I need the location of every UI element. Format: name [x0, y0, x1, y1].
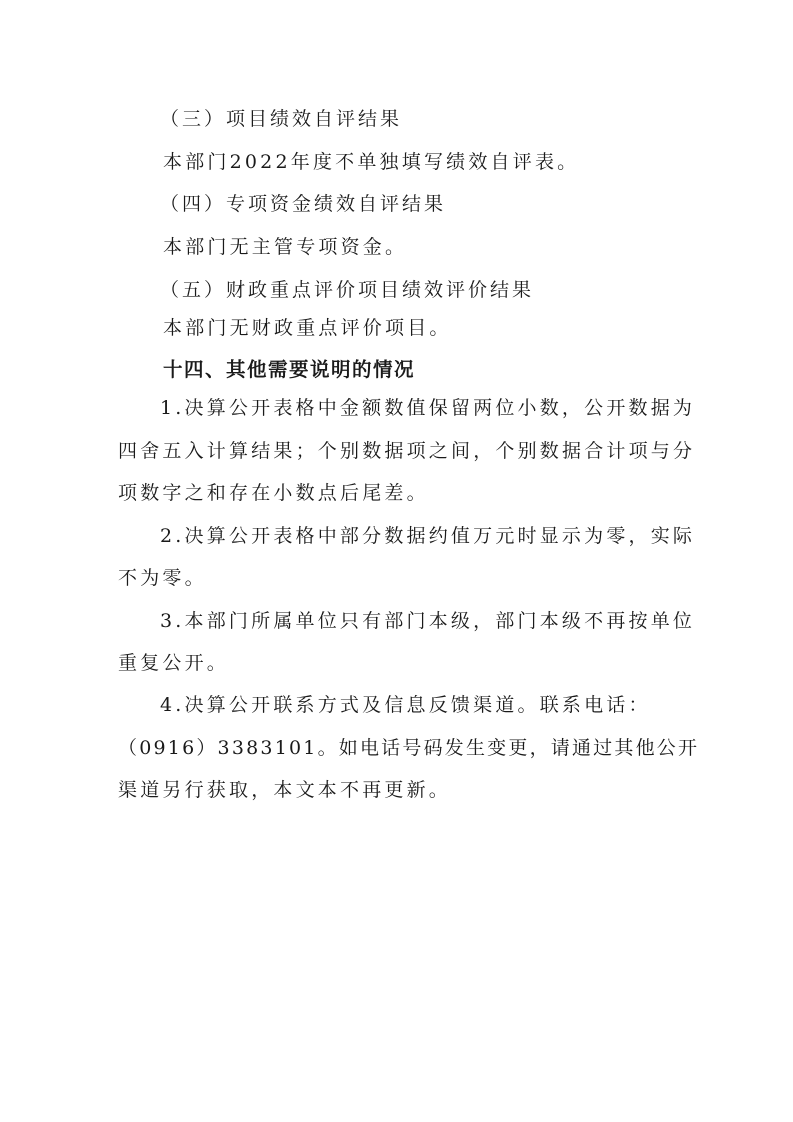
item-1-line-1: 1.决算公开表格中金额数值保留两位小数，公开数据为	[160, 393, 672, 420]
section-5-title: （五）财政重点评价项目绩效评价结果	[160, 275, 534, 302]
section-5-body: 本部门无财政重点评价项目。	[163, 313, 452, 340]
section-3-body: 本部门2022年度不单独填写绩效自评表。	[163, 147, 579, 174]
item-4-line-3: 渠道另行获取，本文本不再更新。	[118, 775, 451, 802]
section-4-title: （四）专项资金绩效自评结果	[160, 189, 446, 216]
item-2-line-2: 不为零。	[118, 563, 207, 590]
item-4-line-2: （0916）3383101。如电话号码发生变更，请通过其他公开	[118, 733, 699, 760]
item-1-line-2: 四舍五入计算结果；个别数据项之间，个别数据合计项与分	[118, 436, 674, 463]
item-1-line-3: 项数字之和存在小数点后尾差。	[118, 478, 429, 505]
chapter-title: 十四、其他需要说明的情况	[163, 354, 415, 382]
item-4-line-1: 4.决算公开联系方式及信息反馈渠道。联系电话：	[160, 690, 651, 717]
item-2-line-1: 2.决算公开表格中部分数据约值万元时显示为零，实际	[160, 521, 695, 548]
section-3-title: （三）项目绩效自评结果	[160, 104, 402, 131]
section-4-body: 本部门无主管专项资金。	[163, 232, 407, 259]
item-3-line-2: 重复公开。	[118, 648, 229, 675]
item-3-line-1: 3.本部门所属单位只有部门本级，部门本级不再按单位	[160, 606, 695, 633]
